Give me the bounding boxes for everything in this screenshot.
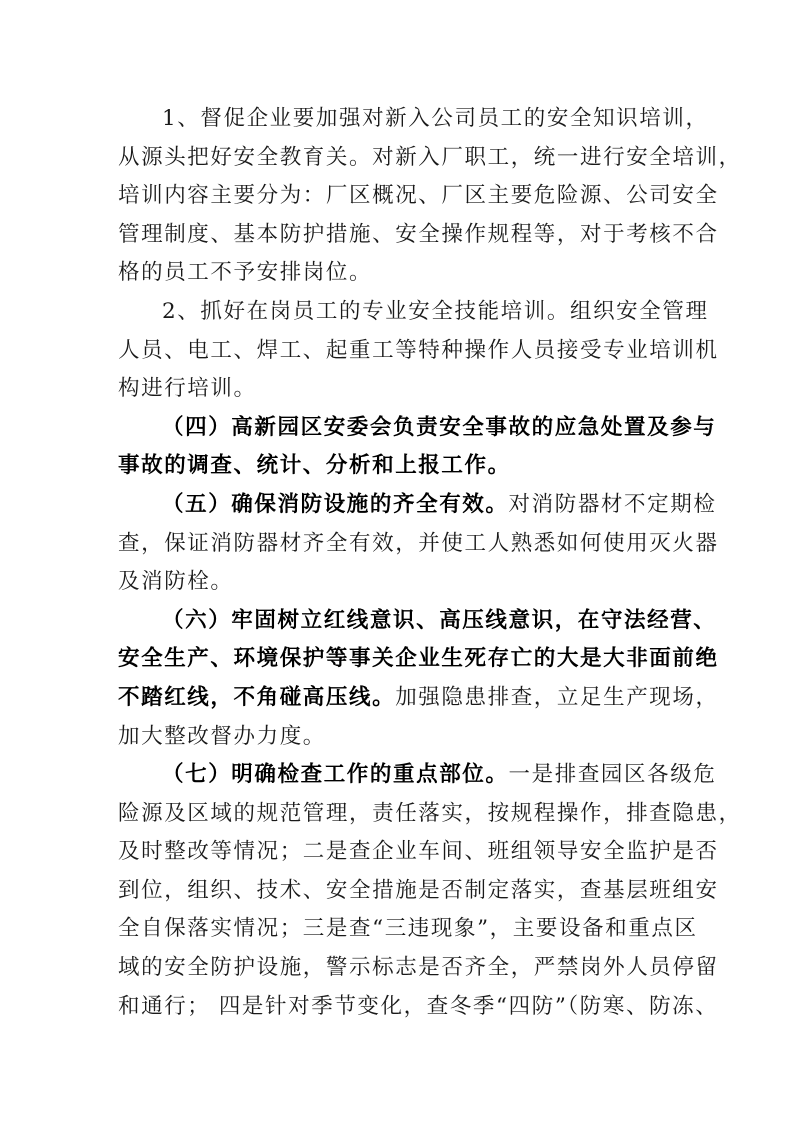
line-text: 查，保证消防器材齐全有效，并使工人熟悉如何使用灭火器 (118, 531, 719, 556)
line-text: 及时整改等情况；二是查企业车间、班组领导安全监护是否 (118, 839, 719, 864)
text-line: 构进行培训。 (118, 370, 674, 409)
line-bold-text: （四）高新园区安委会负责安全事故的应急处置及参与 (162, 415, 716, 440)
line-text: 险源及区域的规范管理，责任落实，按规程操作，排查隐患， (118, 801, 742, 826)
text-line: 格的员工不予安排岗位。 (118, 254, 674, 293)
section-5-fire-facilities: （五）确保消防设施的齐全有效。对消防器材不定期检 查，保证消防器材齐全有效，并使… (118, 486, 674, 602)
line-text: 一是排查园区各级危 (509, 762, 717, 787)
line-text: 从源头把好安全教育关。对新入厂职工，统一进行安全培训， (118, 145, 742, 170)
line-text: 构进行培训。 (118, 376, 257, 401)
text-line: 全自保落实情况；三是查“三违现象”，主要设备和重点区 (118, 910, 674, 949)
section-6-red-line: （六）牢固树立红线意识、高压线意识，在守法经营、 安全生产、环境保护等事关企业生… (118, 602, 674, 756)
line-text: 全自保落实情况；三是查“三违现象”，主要设备和重点区 (118, 916, 698, 941)
document-page: 1、督促企业要加强对新入公司员工的安全知识培训， 从源头把好安全教育关。对新入厂… (118, 100, 674, 1026)
section-7-inspection-focus: （七）明确检查工作的重点部位。一是排查园区各级危 险源及区域的规范管理，责任落实… (118, 756, 674, 1026)
paragraph-training-new-staff: 1、督促企业要加强对新入公司员工的安全知识培训， 从源头把好安全教育关。对新入厂… (118, 100, 674, 293)
text-line: 培训内容主要分为：厂区概况、厂区主要危险源、公司安全 (118, 177, 674, 216)
line-text: 及消防栓。 (118, 569, 234, 594)
text-line: 不踏红线，不角碰高压线。加强隐患排查，立足生产现场， (118, 679, 674, 718)
line-text: 1、督促企业要加强对新入公司员工的安全知识培训， (162, 106, 709, 131)
text-line: 及消防栓。 (118, 563, 674, 602)
line-bold-text: （七）明确检查工作的重点部位。 (162, 762, 509, 787)
text-line: 安全生产、环境保护等事关企业生死存亡的大是大非面前绝 (118, 640, 674, 679)
line-bold-text: 安全生产、环境保护等事关企业生死存亡的大是大非面前绝 (118, 646, 719, 671)
text-line: 到位，组织、技术、安全措施是否制定落实，查基层班组安 (118, 872, 674, 911)
line-text: 到位，组织、技术、安全措施是否制定落实，查基层班组安 (118, 878, 719, 903)
line-text: 格的员工不予安排岗位。 (118, 260, 372, 285)
line-text: 人员、电工、焊工、起重工等特种操作人员接受专业培训机 (118, 338, 719, 363)
line-text: 2、抓好在岗员工的专业安全技能培训。组织安全管理 (162, 299, 709, 324)
text-line: 险源及区域的规范管理，责任落实，按规程操作，排查隐患， (118, 795, 674, 834)
text-line: （四）高新园区安委会负责安全事故的应急处置及参与 (118, 409, 674, 448)
text-line: 及时整改等情况；二是查企业车间、班组领导安全监护是否 (118, 833, 674, 872)
text-line: 2、抓好在岗员工的专业安全技能培训。组织安全管理 (118, 293, 674, 332)
line-text: 加强隐患排查，立足生产现场， (395, 685, 718, 710)
line-bold-text: （五）确保消防设施的齐全有效。 (162, 492, 509, 517)
text-line: 域的安全防护设施，警示标志是否齐全，严禁岗外人员停留 (118, 949, 674, 988)
line-bold-text: 不踏红线，不角碰高压线。 (118, 685, 395, 710)
text-line: （五）确保消防设施的齐全有效。对消防器材不定期检 (118, 486, 674, 525)
line-bold-text: 事故的调查、统计、分析和上报工作。 (118, 453, 511, 478)
text-line: 从源头把好安全教育关。对新入厂职工，统一进行安全培训， (118, 139, 674, 178)
text-line: 和通行； 四是针对季节变化，查冬季“四防”（防寒、防冻、 (118, 988, 674, 1027)
line-bold-text: （六）牢固树立红线意识、高压线意识，在守法经营、 (162, 608, 716, 633)
text-line: （七）明确检查工作的重点部位。一是排查园区各级危 (118, 756, 674, 795)
text-line: （六）牢固树立红线意识、高压线意识，在守法经营、 (118, 602, 674, 641)
paragraph-skills-training: 2、抓好在岗员工的专业安全技能培训。组织安全管理 人员、电工、焊工、起重工等特种… (118, 293, 674, 409)
text-line: 加大整改督办力度。 (118, 718, 674, 757)
line-text: 培训内容主要分为：厂区概况、厂区主要危险源、公司安全 (118, 183, 719, 208)
line-text: 和通行； 四是针对季节变化，查冬季“四防”（防寒、防冻、 (118, 994, 718, 1019)
text-line: 1、督促企业要加强对新入公司员工的安全知识培训， (118, 100, 674, 139)
line-text: 管理制度、基本防护措施、安全操作规程等，对于考核不合 (118, 222, 719, 247)
line-text: 对消防器材不定期检 (509, 492, 717, 517)
section-heading-4: （四）高新园区安委会负责安全事故的应急处置及参与 事故的调查、统计、分析和上报工… (118, 409, 674, 486)
text-line: 查，保证消防器材齐全有效，并使工人熟悉如何使用灭火器 (118, 525, 674, 564)
text-line: 人员、电工、焊工、起重工等特种操作人员接受专业培训机 (118, 332, 674, 371)
line-text: 加大整改督办力度。 (118, 724, 326, 749)
text-line: 事故的调查、统计、分析和上报工作。 (118, 447, 674, 486)
line-text: 域的安全防护设施，警示标志是否齐全，严禁岗外人员停留 (118, 955, 719, 980)
text-line: 管理制度、基本防护措施、安全操作规程等，对于考核不合 (118, 216, 674, 255)
